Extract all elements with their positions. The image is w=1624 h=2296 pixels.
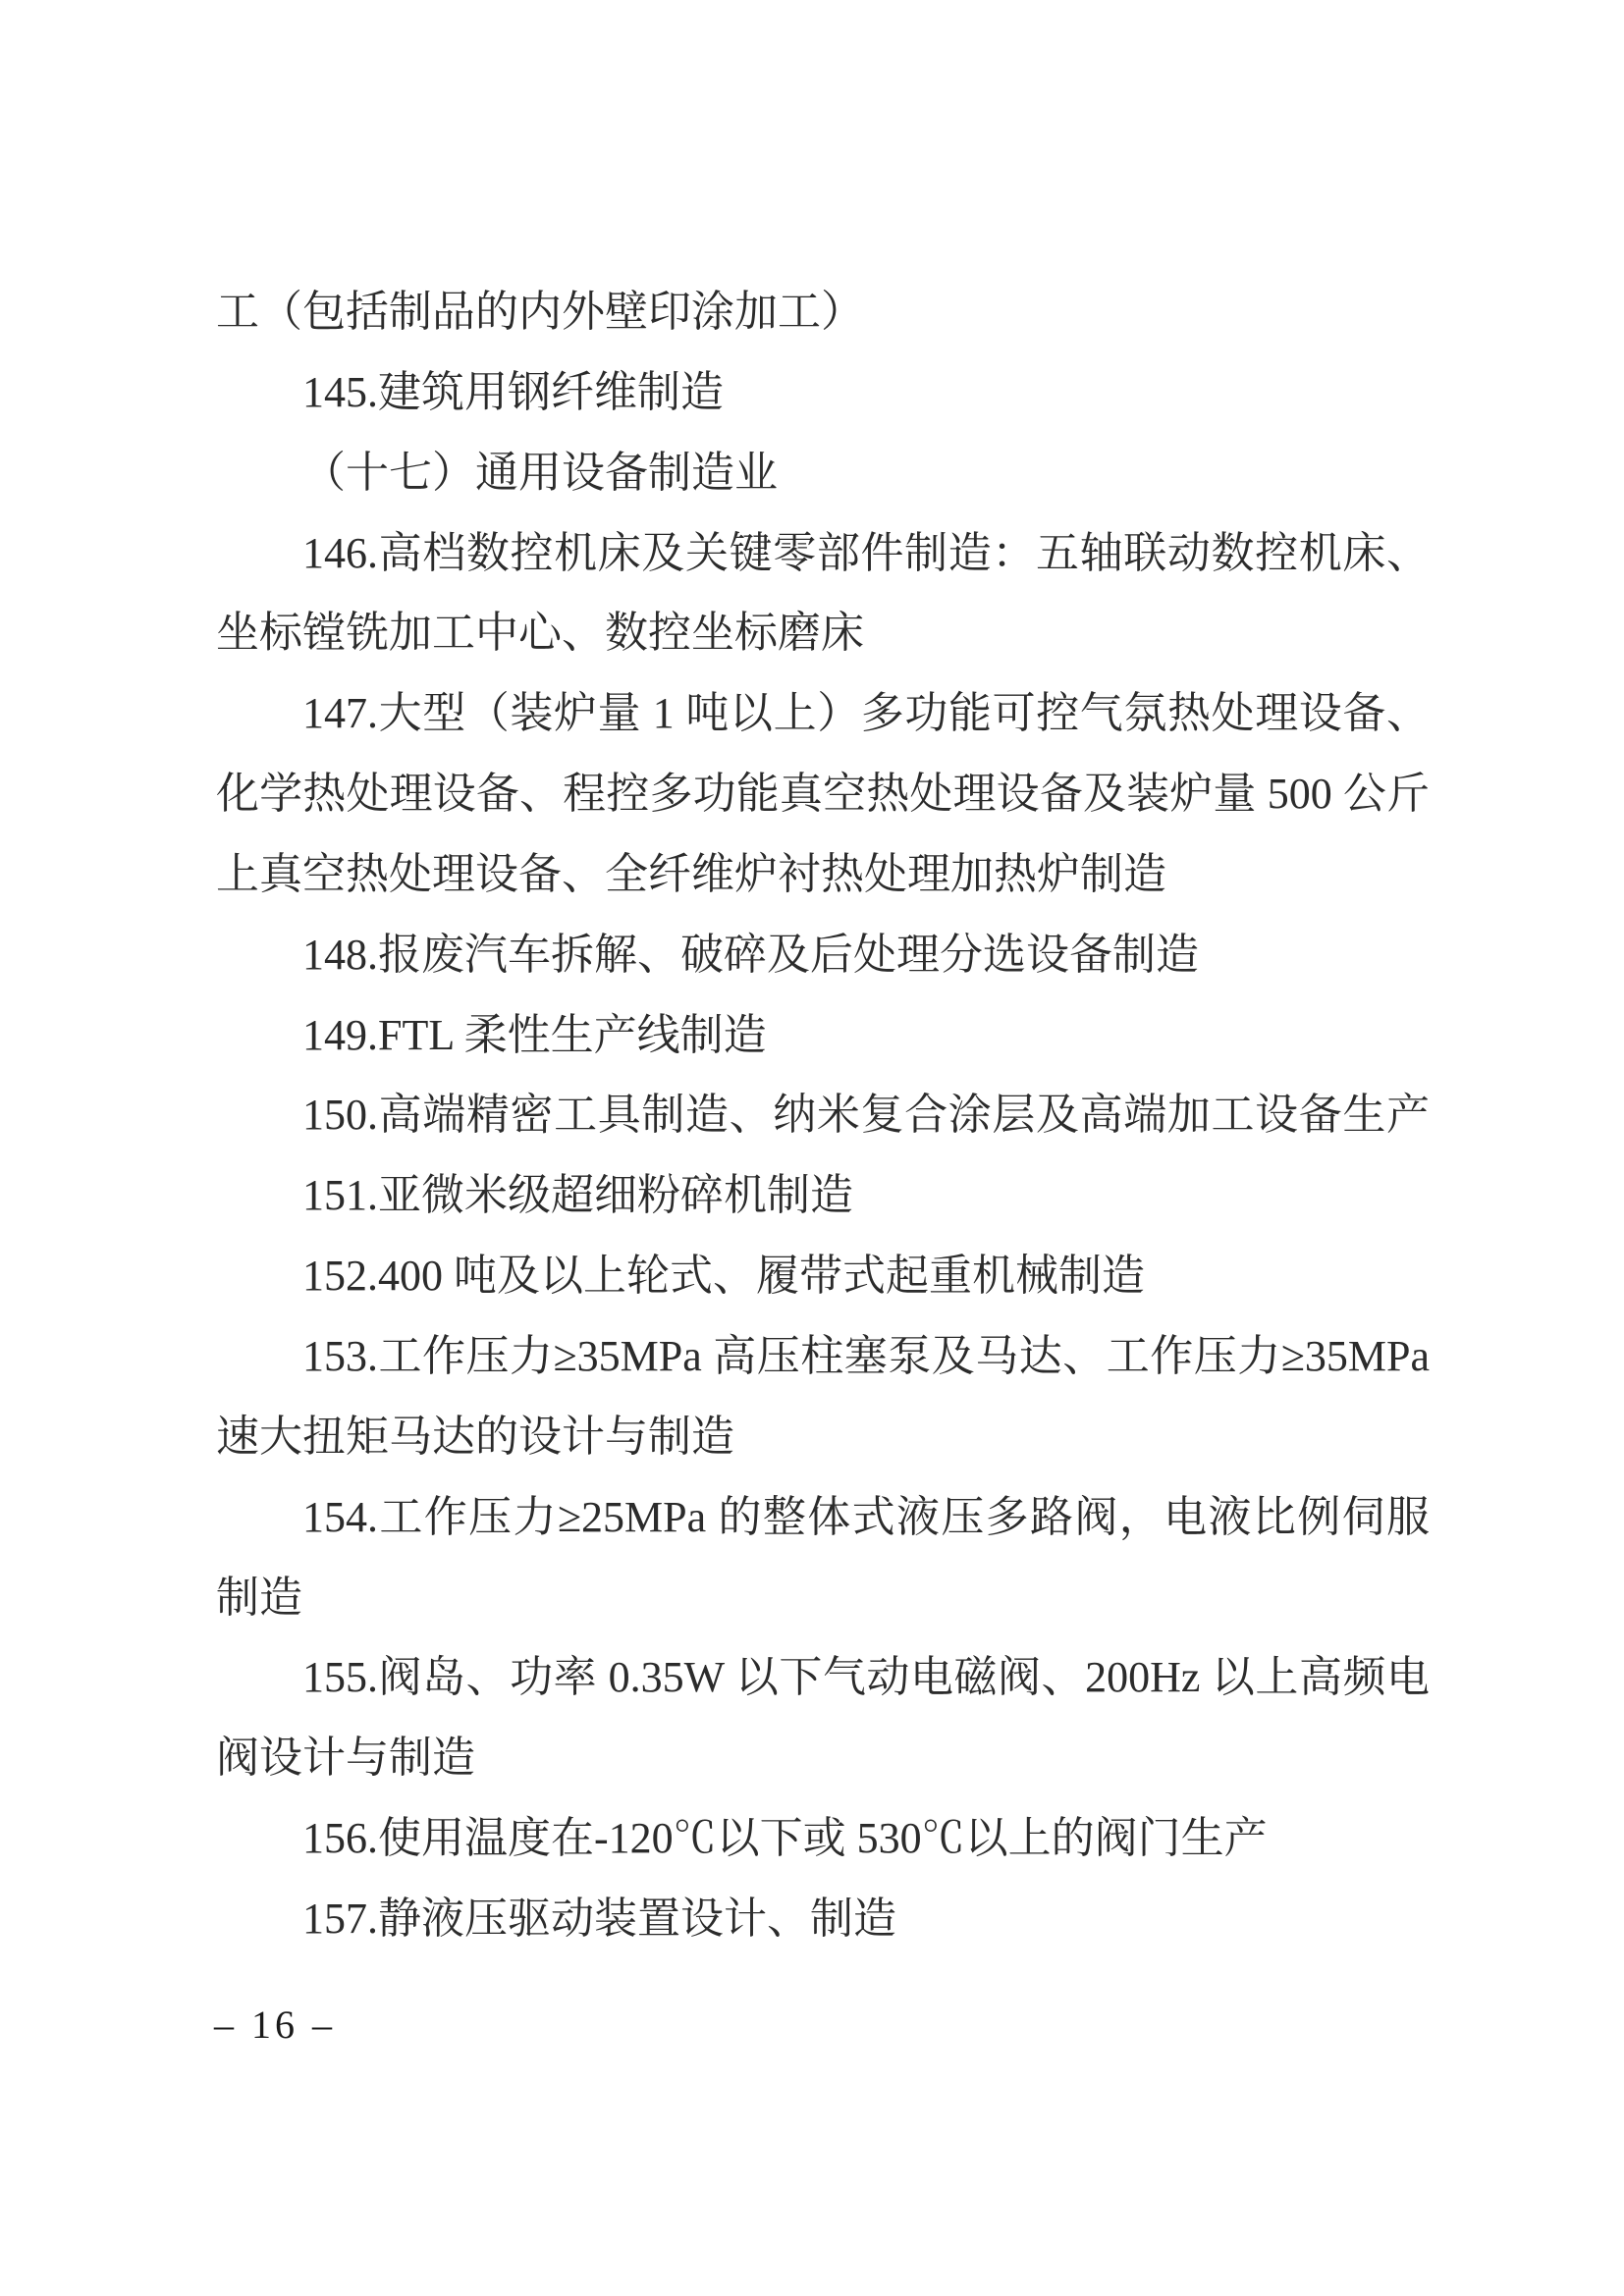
text-line: 150.高端精密工具制造、纳米复合涂层及高端加工设备生产制造 xyxy=(216,1075,1430,1155)
text-line: 146.高档数控机床及关键零部件制造：五轴联动数控机床、数控 xyxy=(216,513,1430,594)
text-line: 速大扭矩马达的设计与制造 xyxy=(216,1397,1430,1477)
text-line: 化学热处理设备、程控多功能真空热处理设备及装炉量 500 公斤以 xyxy=(216,754,1430,834)
text-line: 153.工作压力≥35MPa 高压柱塞泵及马达、工作压力≥35MPa 低 xyxy=(216,1316,1430,1397)
text-line: 157.静液压驱动装置设计、制造 xyxy=(216,1879,1430,1959)
text-line: 工（包括制品的内外壁印涂加工） xyxy=(216,272,1430,352)
document-body: 工（包括制品的内外壁印涂加工）145.建筑用钢纤维制造（十七）通用设备制造业14… xyxy=(216,272,1430,1959)
text-line: 制造 xyxy=(216,1558,1430,1638)
text-line: 152.400 吨及以上轮式、履带式起重机械制造 xyxy=(216,1236,1430,1316)
text-line: 147.大型（装炉量 1 吨以上）多功能可控气氛热处理设备、程控 xyxy=(216,673,1430,754)
text-line: 上真空热处理设备、全纤维炉衬热处理加热炉制造 xyxy=(216,834,1430,915)
text-line: 155.阀岛、功率 0.35W 以下气动电磁阀、200Hz 以上高频电控气 xyxy=(216,1637,1430,1718)
text-line: （十七）通用设备制造业 xyxy=(216,433,1430,513)
document-page: 工（包括制品的内外壁印涂加工）145.建筑用钢纤维制造（十七）通用设备制造业14… xyxy=(0,0,1624,2296)
text-line: 145.建筑用钢纤维制造 xyxy=(216,352,1430,433)
page-number: – 16 – xyxy=(214,2005,336,2045)
text-line: 阀设计与制造 xyxy=(216,1718,1430,1798)
text-line: 156.使用温度在-120℃以下或 530℃以上的阀门生产 xyxy=(216,1798,1430,1879)
text-line: 坐标镗铣加工中心、数控坐标磨床 xyxy=(216,593,1430,673)
text-line: 154.工作压力≥25MPa 的整体式液压多路阀，电液比例伺服元件 xyxy=(216,1477,1430,1558)
text-line: 148.报废汽车拆解、破碎及后处理分选设备制造 xyxy=(216,915,1430,995)
text-line: 149.FTL 柔性生产线制造 xyxy=(216,995,1430,1076)
text-line: 151.亚微米级超细粉碎机制造 xyxy=(216,1155,1430,1236)
